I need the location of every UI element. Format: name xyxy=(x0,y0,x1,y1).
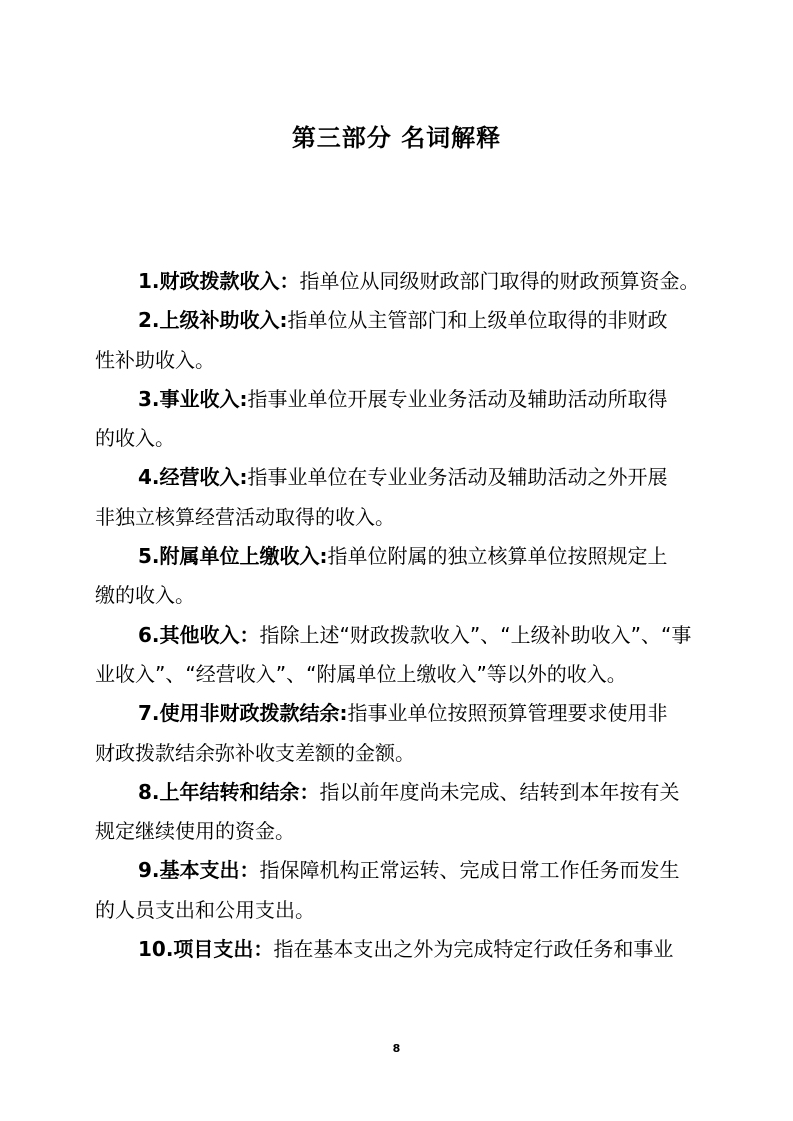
entry-definition-cont: 缴的收入。 xyxy=(95,576,707,615)
entry-definition-cont: 的人员支出和公用支出。 xyxy=(95,891,707,930)
entry-definition: 指在基本支出之外为完成特定行政任务和事业 xyxy=(273,937,673,961)
entry-definition: 指事业单位在专业业务活动及辅助活动之外开展 xyxy=(248,465,668,489)
entry-term: 8.上年结转和结余： xyxy=(138,780,320,804)
glossary-entry-1: 1.财政拨款收入：指单位从同级财政部门取得的财政预算资金。 xyxy=(95,262,707,301)
entry-term: 9.基本支出： xyxy=(138,858,260,882)
entry-term: 7.使用非财政拨款结余: xyxy=(138,701,348,725)
entry-term: 4.经营收入: xyxy=(138,465,248,489)
entry-term: 10.项目支出： xyxy=(138,937,273,961)
entry-definition: 指单位从主管部门和上级单位取得的非财政 xyxy=(288,308,668,332)
glossary-entry-9: 9.基本支出：指保障机构正常运转、完成日常工作任务而发生 的人员支出和公用支出。 xyxy=(95,851,707,930)
glossary-content: 1.财政拨款收入：指单位从同级财政部门取得的财政预算资金。 2.上级补助收入:指… xyxy=(95,262,707,969)
glossary-entry-10: 10.项目支出：指在基本支出之外为完成特定行政任务和事业 xyxy=(95,930,707,969)
glossary-entry-8: 8.上年结转和结余：指以前年度尚未完成、结转到本年按有关 规定继续使用的资金。 xyxy=(95,773,707,852)
entry-term: 3.事业收入: xyxy=(138,387,248,411)
glossary-entry-6: 6.其他收入：指除上述“财政拨款收入”、“上级补助收入”、“事 业收入”、“经营… xyxy=(95,616,707,695)
glossary-entry-2: 2.上级补助收入:指单位从主管部门和上级单位取得的非财政 性补助收入。 xyxy=(95,301,707,380)
entry-definition: 指单位从同级财政部门取得的财政预算资金。 xyxy=(300,269,700,293)
entry-term: 5.附属单位上缴收入: xyxy=(138,544,328,568)
entry-term: 2.上级补助收入: xyxy=(138,308,288,332)
entry-definition: 指事业单位按照预算管理要求使用非 xyxy=(348,701,668,725)
entry-definition-cont: 财政拨款结余弥补收支差额的金额。 xyxy=(95,734,707,773)
section-title: 第三部分 名词解释 xyxy=(0,118,793,153)
entry-definition-cont: 的收入。 xyxy=(95,419,707,458)
entry-definition: 指单位附属的独立核算单位按照规定上 xyxy=(328,544,668,568)
glossary-entry-3: 3.事业收入:指事业单位开展专业业务活动及辅助活动所取得 的收入。 xyxy=(95,380,707,459)
glossary-entry-7: 7.使用非财政拨款结余:指事业单位按照预算管理要求使用非 财政拨款结余弥补收支差… xyxy=(95,694,707,773)
entry-term: 6.其他收入： xyxy=(138,623,260,647)
entry-definition-cont: 非独立核算经营活动取得的收入。 xyxy=(95,498,707,537)
glossary-entry-4: 4.经营收入:指事业单位在专业业务活动及辅助活动之外开展 非独立核算经营活动取得… xyxy=(95,458,707,537)
glossary-entry-5: 5.附属单位上缴收入:指单位附属的独立核算单位按照规定上 缴的收入。 xyxy=(95,537,707,616)
entry-definition: 指事业单位开展专业业务活动及辅助活动所取得 xyxy=(248,387,668,411)
page-number: 8 xyxy=(0,1042,793,1055)
entry-definition: 指保障机构正常运转、完成日常工作任务而发生 xyxy=(260,858,680,882)
entry-definition: 指以前年度尚未完成、结转到本年按有关 xyxy=(320,780,680,804)
entry-definition-cont: 性补助收入。 xyxy=(95,341,707,380)
entry-definition: 指除上述“财政拨款收入”、“上级补助收入”、“事 xyxy=(260,623,692,647)
entry-definition-cont: 规定继续使用的资金。 xyxy=(95,812,707,851)
entry-definition-cont: 业收入”、“经营收入”、“附属单位上缴收入”等以外的收入。 xyxy=(95,655,707,694)
entry-term: 1.财政拨款收入： xyxy=(138,269,300,293)
